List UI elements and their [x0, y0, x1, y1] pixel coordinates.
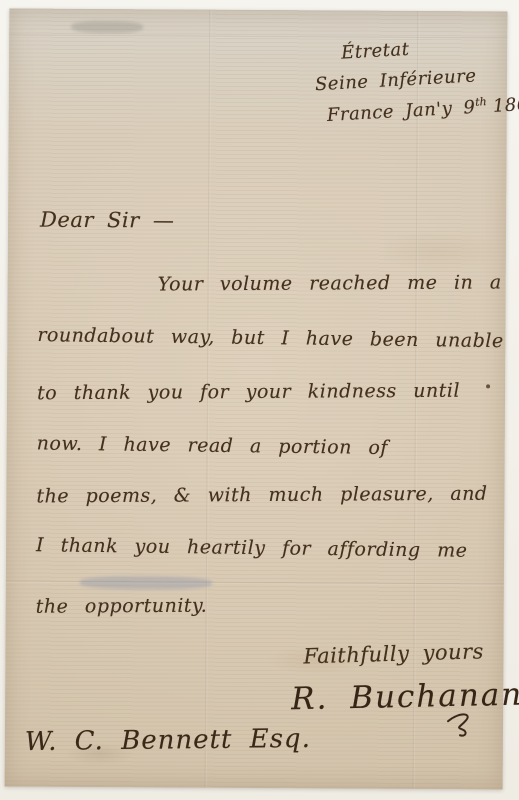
signature-flourish — [446, 711, 480, 739]
body-line: roundabout way, but I have been unable — [37, 324, 504, 352]
body-line: the poems, & with much pleasure, and — [36, 483, 487, 508]
body-line: now. I have read a portion of — [37, 432, 388, 459]
body-line: the opportunity. — [36, 595, 208, 618]
bleedthrough-mark-blue — [80, 576, 212, 590]
signature: R. Buchanan — [291, 677, 519, 718]
addressee: W. C. Bennett Esq. — [25, 724, 311, 757]
heading-place: Étretat — [341, 39, 410, 64]
bleedthrough-mark-top — [71, 21, 143, 33]
salutation: Dear Sir — — [40, 208, 174, 233]
ink-dot — [486, 384, 490, 388]
letter-photograph: Étretat Seine Inférieure France Jan'y 9t… — [0, 0, 519, 800]
heading-region: Seine Inférieure — [314, 65, 477, 95]
body-line: to thank you for your kindness until — [37, 380, 460, 405]
heading-date: France Jan'y 9th1866 — [326, 92, 519, 126]
heading-date-ordinal: th — [475, 95, 487, 109]
body-line: Your volume reached me in a — [158, 271, 502, 295]
heading-date-year: 1866 — [492, 93, 519, 117]
body-line: I thank you heartily for affording me — [36, 534, 468, 562]
fold-crease-horizontal-top — [9, 34, 507, 39]
closing: Faithfully yours — [303, 639, 484, 668]
fold-crease-horizontal-lower — [6, 580, 504, 585]
heading-date-day: France Jan'y 9 — [326, 97, 476, 126]
letter-paper: Étretat Seine Inférieure France Jan'y 9t… — [5, 8, 508, 789]
